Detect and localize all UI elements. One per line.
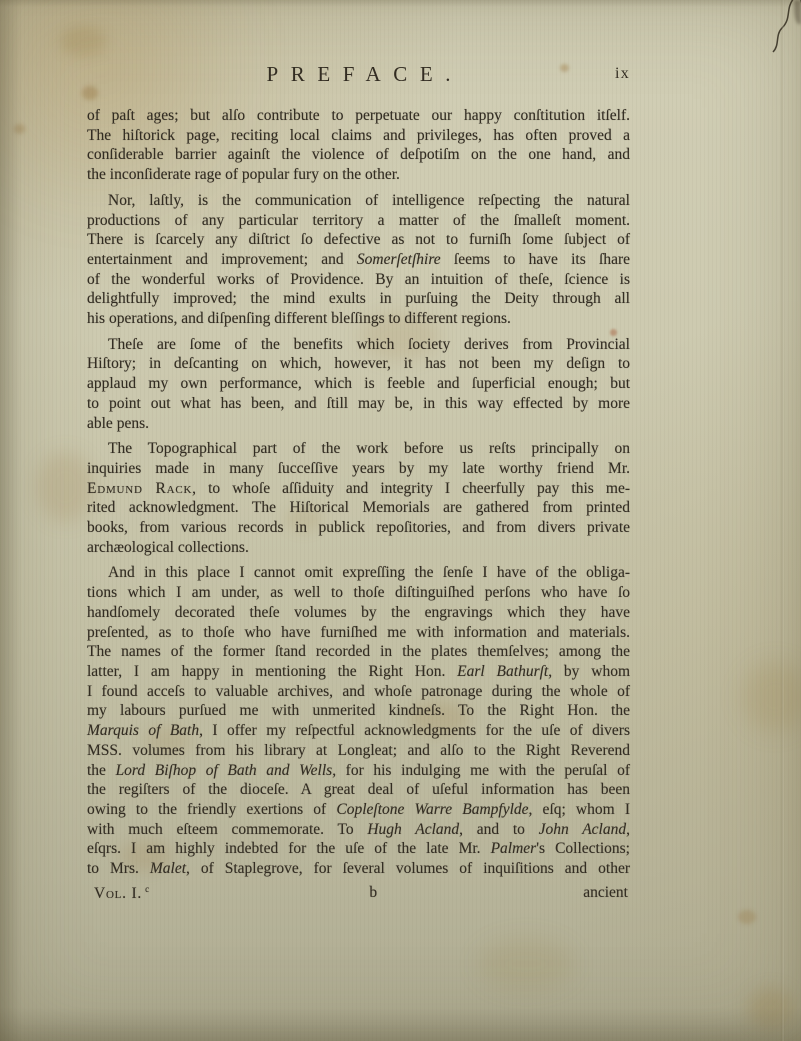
text-line: the inconſiderate rage of popular fury o…: [87, 165, 630, 185]
text-line: applaud my own performance, which is fee…: [87, 374, 630, 394]
text-segment: Theſe are ſome of the benefits which ſoc…: [108, 336, 630, 353]
text-segment: 's Collections;: [536, 840, 630, 857]
text-segment: conſiderable barrier againſt the violenc…: [87, 146, 630, 163]
text-line: handſomely decorated theſe volumes by th…: [87, 603, 630, 623]
text-line: eſqrs. I am highly indebted for the uſe …: [87, 839, 630, 859]
text-segment: applaud my own performance, which is fee…: [87, 375, 630, 392]
catchword: ancient: [583, 884, 628, 902]
text-line: entertainment and improvement; and Somer…: [87, 250, 630, 270]
text-segment: MSS. volumes from his library at Longlea…: [87, 742, 630, 759]
stain: [82, 86, 98, 100]
text-segment: Hiſtory; in deſcanting on which, however…: [87, 355, 630, 372]
text-segment: tions which I am under, as well to thoſe…: [87, 584, 630, 601]
text-line: The Topographical part of the work befor…: [87, 439, 630, 459]
text-segment: And in this place I cannot omit expreſſi…: [108, 564, 630, 581]
page-edge-bottom: [0, 1007, 801, 1041]
stain: [742, 662, 801, 732]
text-line: Theſe are ſome of the benefits which ſoc…: [87, 335, 630, 355]
text-segment: , I offer my reſpectful acknowledgments …: [199, 722, 630, 739]
text-segment: Nor, laſtly, is the communication of int…: [108, 192, 630, 209]
text-segment: I found acceſs to valuable archives, and…: [87, 683, 630, 700]
text-line: latter, I am happy in mentioning the Rig…: [87, 662, 630, 682]
text-segment: his operations, and diſpenſing different…: [87, 310, 511, 327]
paragraph: of paſt ages; but alſo contribute to per…: [87, 106, 630, 185]
text-line: able pens.: [87, 414, 630, 434]
text-segment: my labours purſued me with unmerited kin…: [87, 702, 630, 719]
text-segment: owing to the friendly exertions of: [87, 801, 336, 818]
text-line: productions of any particular territory …: [87, 211, 630, 231]
text-line: Marquis of Bath, I offer my reſpectful a…: [87, 721, 630, 741]
smallcaps-text: Edmund Rack: [87, 480, 192, 497]
italic-text: Earl Bathurſt: [457, 663, 548, 680]
text-line: the Lord Biſhop of Bath and Wells, for h…: [87, 761, 630, 781]
text-line: inquiries made in many ſucceſſive years …: [87, 459, 630, 479]
text-segment: latter, I am happy in mentioning the Rig…: [87, 663, 457, 680]
page-edge-left: [0, 0, 22, 1041]
italic-text: Palmer: [491, 840, 537, 857]
text-segment: , for his indulging me with the peruſal …: [332, 762, 630, 779]
paragraph: And in this place I cannot omit expreſſi…: [87, 563, 630, 878]
text-line: There is ſcarcely any diſtrict ſo defect…: [87, 230, 630, 250]
text-segment: The names of the former ſtand recorded i…: [87, 643, 630, 660]
page-crease: [781, 0, 784, 1041]
text-segment: There is ſcarcely any diſtrict ſo defect…: [87, 231, 630, 248]
text-segment: able pens.: [87, 415, 149, 432]
text-line: the regiſters of the dioceſe. A great de…: [87, 780, 630, 800]
stain: [36, 452, 94, 522]
text-segment: eſqrs. I am highly indebted for the uſe …: [87, 840, 491, 857]
text-line: delightfully improved; the mind exults i…: [87, 289, 630, 309]
text-segment: preſented, as to thoſe who have furniſhe…: [87, 624, 630, 641]
text-segment: to Mrs.: [87, 860, 150, 877]
italic-text: Somerſetſhire: [357, 251, 441, 268]
italic-text: Copleſtone Warre Bampfylde: [336, 801, 528, 818]
volume-text: Vol. I.: [94, 885, 142, 902]
text-segment: inquiries made in many ſucceſſive years …: [87, 460, 630, 477]
text-segment: ſeems to have its ſhare: [441, 251, 630, 268]
italic-text: Marquis of Bath: [87, 722, 199, 739]
text-segment: , and to: [459, 821, 539, 838]
text-line: tions which I am under, as well to thoſe…: [87, 583, 630, 603]
stain: [478, 938, 574, 990]
text-line: of the wonderful works of Providence. By…: [87, 270, 630, 290]
text-line: Hiſtory; in deſcanting on which, however…: [87, 354, 630, 374]
text-segment: The Topographical part of the work befor…: [108, 440, 630, 457]
preface-body-text: of paſt ages; but alſo contribute to per…: [87, 106, 630, 879]
text-line: archæological collections.: [87, 538, 630, 558]
text-segment: productions of any particular territory …: [87, 212, 630, 229]
text-segment: , of Staplegrove, for ſeveral volumes of…: [186, 860, 630, 877]
volume-label: Vol. I.c: [94, 884, 150, 903]
text-segment: with much eſteem commemorate. To: [87, 821, 367, 838]
text-line: his operations, and diſpenſing different…: [87, 309, 630, 329]
text-segment: the regiſters of the dioceſe. A great de…: [87, 781, 630, 798]
italic-text: Lord Biſhop of Bath and Wells: [116, 762, 333, 779]
text-line: MSS. volumes from his library at Longlea…: [87, 741, 630, 761]
text-line: Edmund Rack, to whoſe aſſiduity and inte…: [87, 479, 630, 499]
text-segment: archæological collections.: [87, 539, 249, 556]
text-segment: entertainment and improvement; and: [87, 251, 357, 268]
text-segment: , to whoſe aſſiduity and integrity I che…: [192, 480, 630, 497]
text-line: books, from various records in publick r…: [87, 518, 630, 538]
text-segment: to point out what has been, and ſtill ma…: [87, 395, 630, 412]
text-line: owing to the friendly exertions of Cople…: [87, 800, 630, 820]
text-segment: books, from various records in publick r…: [87, 519, 630, 536]
text-segment: handſomely decorated theſe volumes by th…: [87, 604, 630, 621]
paragraph: Nor, laſtly, is the communication of int…: [87, 191, 630, 329]
text-segment: , by whom: [548, 663, 630, 680]
page-footer: Vol. I.c b ancient: [87, 884, 630, 908]
text-line: of paſt ages; but alſo contribute to per…: [87, 106, 630, 126]
text-line: rited acknowledgment. The Hiſtorical Mem…: [87, 498, 630, 518]
text-segment: delightfully improved; the mind exults i…: [87, 290, 630, 307]
text-line: I found acceſs to valuable archives, and…: [87, 682, 630, 702]
page-number: ix: [615, 65, 630, 83]
text-segment: rited acknowledgment. The Hiſtorical Mem…: [87, 499, 630, 516]
stain: [738, 910, 756, 924]
text-line: to point out what has been, and ſtill ma…: [87, 394, 630, 414]
paragraph: Theſe are ſome of the benefits which ſoc…: [87, 335, 630, 434]
italic-text: John Acland: [539, 821, 626, 838]
text-line: conſiderable barrier againſt the violenc…: [87, 145, 630, 165]
text-line: with much eſteem commemorate. To Hugh Ac…: [87, 820, 630, 840]
text-line: The hiſtorick page, reciting local claim…: [87, 126, 630, 146]
text-line: to Mrs. Malet, of Staplegrove, for ſever…: [87, 859, 630, 879]
page-edge-top: [0, 0, 801, 7]
corner-shadow: [794, 0, 801, 24]
text-segment: The hiſtorick page, reciting local claim…: [87, 127, 630, 144]
text-segment: ,: [626, 821, 630, 838]
text-segment: of paſt ages; but alſo contribute to per…: [87, 107, 630, 124]
text-line: The names of the former ſtand recorded i…: [87, 642, 630, 662]
text-line: Nor, laſtly, is the communication of int…: [87, 191, 630, 211]
page-title: PREFACE.: [87, 62, 630, 87]
text-segment: , eſq; whom I: [529, 801, 630, 818]
text-segment: the inconſiderate rage of popular fury o…: [87, 166, 400, 183]
paragraph: The Topographical part of the work befor…: [87, 439, 630, 557]
book-page-scan: PREFACE. ix of paſt ages; but alſo contr…: [0, 0, 801, 1041]
text-segment: of the wonderful works of Providence. By…: [87, 271, 630, 288]
volume-note-mark: c: [145, 884, 150, 894]
text-segment: the: [87, 762, 116, 779]
text-line: my labours purſued me with unmerited kin…: [87, 701, 630, 721]
page-header: PREFACE. ix: [87, 62, 630, 88]
stain: [60, 26, 106, 56]
italic-text: Hugh Acland: [367, 821, 459, 838]
signature-mark: b: [369, 884, 377, 902]
text-line: And in this place I cannot omit expreſſi…: [87, 563, 630, 583]
italic-text: Malet: [150, 860, 186, 877]
text-line: preſented, as to thoſe who have furniſhe…: [87, 623, 630, 643]
